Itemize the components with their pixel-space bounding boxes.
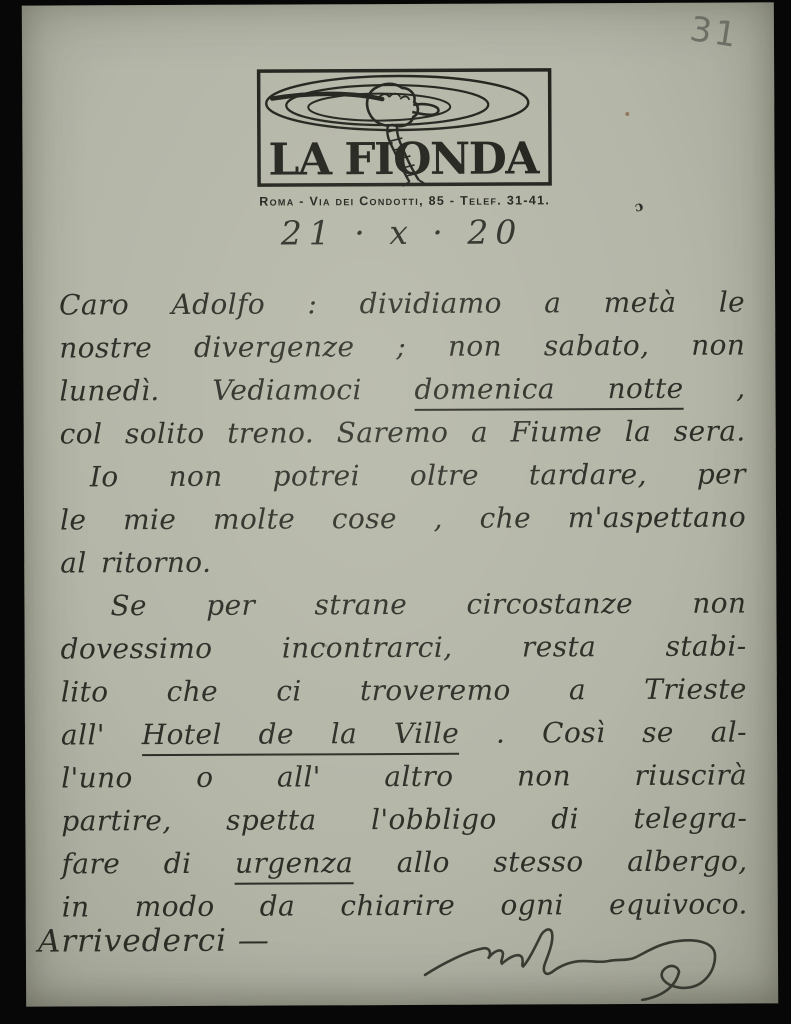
- line-text: nostre divergenze ; non sabato, non: [59, 328, 745, 364]
- handwritten-line: al ritorno.: [60, 538, 746, 584]
- letterhead: LA FIONDA Roma - Via dei Condotti, 85 - …: [254, 67, 555, 208]
- line-text: allo stesso albergo,: [353, 844, 747, 879]
- line-text: ,: [683, 371, 745, 404]
- letterhead-address: Roma - Via dei Condotti, 85 - Telef. 31-…: [255, 193, 555, 208]
- handwritten-line: col solito treno. Saremo a Fiume la sera…: [60, 409, 746, 455]
- underlined-text: urgenza: [235, 846, 353, 885]
- line-text: all': [61, 718, 142, 751]
- handwritten-line: Caro Adolfo : dividiamo a metà le: [59, 280, 745, 326]
- line-text: dovessimo incontrarci, resta stabi-: [61, 629, 747, 665]
- line-text: Caro Adolfo : dividiamo a metà le: [59, 285, 745, 321]
- line-text: lito che ci troveremo a Trieste: [61, 672, 747, 708]
- underlined-text: domenica notte: [414, 372, 683, 411]
- line-text: partire, spetta l'obbligo di telegra-: [61, 801, 747, 837]
- line-text: l'uno o all' altro non riuscirà: [61, 758, 747, 794]
- ink-blot: ɔ: [633, 198, 645, 216]
- sling-logo-icon: LA FIONDA: [256, 67, 553, 187]
- handwritten-line: partire, spetta l'obbligo di telegra-: [61, 796, 747, 842]
- peg-icon: [412, 104, 438, 115]
- closing-line: Arrivederci —: [38, 923, 270, 960]
- handwritten-line: fare di urgenza allo stesso albergo,: [61, 839, 747, 885]
- line-text: al ritorno.: [60, 546, 211, 580]
- handwritten-line: nostre divergenze ; non sabato, non: [59, 323, 745, 369]
- line-text: le mie molte cose , che m'aspettano: [60, 500, 746, 536]
- letter-body: Caro Adolfo : dividiamo a metà lenostre …: [59, 280, 748, 928]
- handwritten-line: Se per strane circostanze non: [60, 581, 746, 627]
- handwritten-line: l'uno o all' altro non riuscirà: [61, 753, 747, 799]
- signature-stroke: [422, 900, 784, 1002]
- signature: [422, 900, 784, 1002]
- letter-paper: 31 LA FIONDA Roma - Via dei Condotti, 85: [22, 2, 778, 1006]
- underlined-text: Hotel de la Ville: [142, 717, 460, 756]
- scan-background: { "page": { "archive_number": "31", "ink…: [0, 0, 791, 1024]
- handwritten-line: le mie molte cose , che m'aspettano: [60, 495, 746, 541]
- brand-text: LA FIONDA: [268, 133, 540, 185]
- line-text: fare di: [61, 847, 235, 881]
- line-text: col solito treno. Saremo a Fiume la sera…: [60, 414, 746, 450]
- line-text: Io non potrei oltre tardare, per: [90, 457, 746, 493]
- handwritten-line: Io non potrei oltre tardare, per: [60, 452, 746, 498]
- line-text: lunedì. Vediamoci: [59, 373, 414, 408]
- handwritten-line: all' Hotel de la Ville . Così se al-: [61, 710, 747, 756]
- archive-number: 31: [687, 9, 742, 56]
- handwritten-line: lunedì. Vediamoci domenica notte ,: [59, 366, 745, 412]
- handwritten-line: dovessimo incontrarci, resta stabi-: [61, 624, 747, 670]
- line-text: Se per strane circostanze non: [110, 586, 746, 622]
- handwritten-line: lito che ci troveremo a Trieste: [61, 667, 747, 713]
- date-line: 21 · x · 20: [281, 212, 521, 252]
- paper-speck: [625, 112, 629, 116]
- line-text: . Così se al-: [459, 715, 747, 749]
